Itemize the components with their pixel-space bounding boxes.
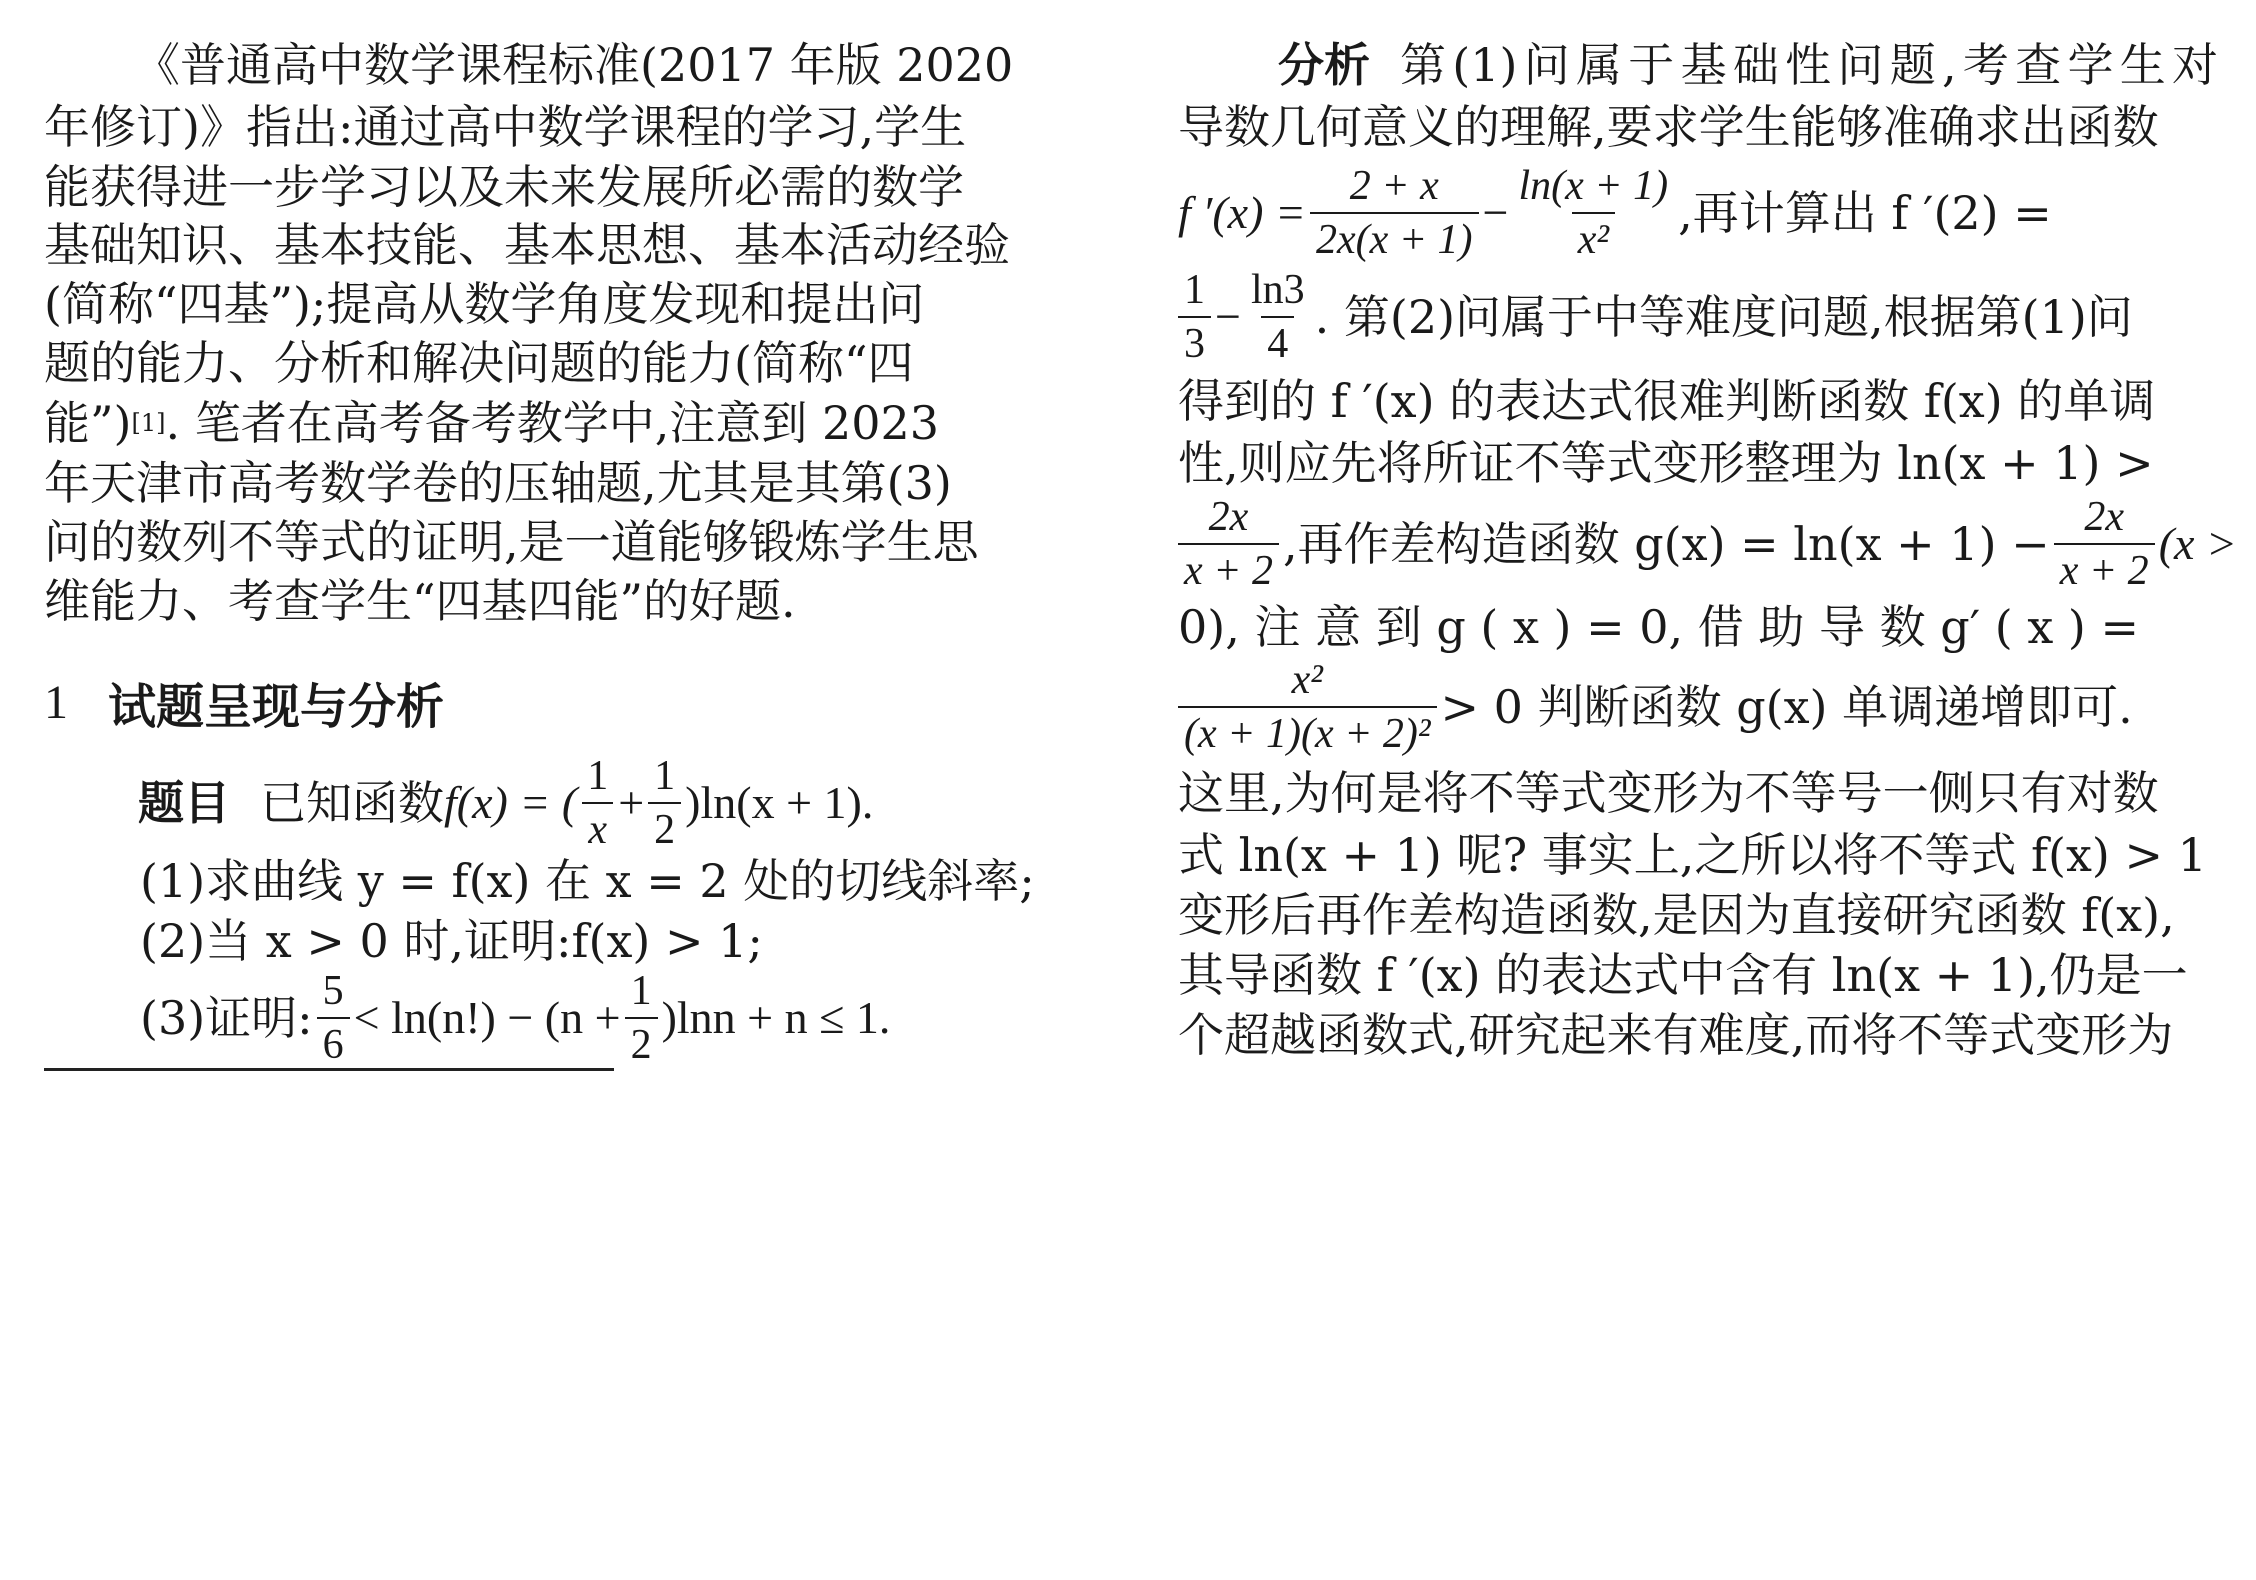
minus-sign: − [1215,294,1241,340]
section-heading: 1 试题呈现与分析 [44,668,444,737]
intro-line-8: 年天津市高考数学卷的压轴题,尤其是其第(3) [44,460,1084,506]
intro-line-7-rest: . 笔者在高考备考教学中,注意到 2023 [165,400,1084,446]
question-3-prefix: (3)证明: [140,995,313,1041]
analysis-line-2: 导数几何意义的理解,要求学生能够准确求出函数 [1178,104,2218,150]
analysis-line-5: 得到的 f ′(x) 的表达式很难判断函数 f(x) 的单调 [1178,378,2218,424]
problem-fx: f(x) = ( [444,780,577,826]
analysis-line-11: 式 ln(x + 1) 呢? 事实上,之所以将不等式 f(x) > 1 [1178,832,2218,878]
intro-line-6: 题的能力、分析和解决问题的能力(简称“四 [44,340,1084,386]
derivative-tail: ,再计算出 f ′(2) = [1678,190,2052,236]
intro-line-3: 能获得进一步学习以及未来发展所必需的数学 [44,164,1084,210]
intro-line-4: 基础知识、基本技能、基本思想、基本活动经验 [44,222,1084,268]
slope-frac-1: 1 3 [1178,268,1211,366]
analysis-line-14: 个超越函数式,研究起来有难度,而将不等式变形为 [1178,1012,2218,1058]
derivative-frac-2: ln(x + 1) x² [1513,164,1675,262]
analysis-line-7: 2x x + 2 ,再作差构造函数 g(x) = ln(x + 1) − 2x … [1178,498,2218,590]
derivative-lhs: f ′(x) = [1178,190,1306,236]
intro-line-1: 《普通高中数学课程标准(2017 年版 2020 [134,42,1084,88]
intro-line-10: 维能力、考查学生“四基四能”的好题. [44,578,1084,624]
intro-line-9: 问的数列不等式的证明,是一道能够锻炼学生思 [44,519,1084,565]
analysis-line-1-text: 第(1)问属于基础性问题,考查学生对 [1400,42,2218,88]
g-frac-1: 2x x + 2 [1178,495,1279,593]
derivative-frac-1: 2 + x 2x(x + 1) [1310,164,1479,262]
section-number: 1 [44,675,68,730]
analysis-line-3: f ′(x) = 2 + x 2x(x + 1) − ln(x + 1) x² … [1178,168,2218,258]
analysis-line-6: 性,则应先将所证不等式变形整理为 ln(x + 1) > [1178,440,2218,486]
problem-label: 题目 [138,780,230,826]
question-1: (1)求曲线 y = f(x) 在 x = 2 处的切线斜率; [140,858,1035,904]
problem-frac-2: 1 2 [648,754,681,852]
g-prime-frac: x² (x + 1)(x + 2)² [1178,658,1437,756]
section-title: 试题呈现与分析 [108,668,444,737]
intro-line-2: 年修订)》指出:通过高中数学课程的学习,学生 [44,104,1084,150]
analysis-line-8: 0), 注 意 到 g ( x ) = 0, 借 助 导 数 g′ ( x ) … [1178,604,2218,650]
footnote-divider [44,1068,614,1071]
problem-statement: 题目 已知函数 f(x) = ( 1 x + 1 2 )ln(x + 1). [138,758,873,848]
slope-frac-2: ln3 4 [1245,268,1311,366]
problem-plus: + [618,780,644,826]
problem-frac-1: 1 x [581,754,614,852]
analysis-line-4: 1 3 − ln3 4 . 第(2)问属于中等难度问题,根据第(1)问 [1178,272,2218,362]
intro-line-7: 能”) [1] . 笔者在高考备考教学中,注意到 2023 [44,400,1084,446]
analysis-line-1: 分析 第(1)问属于基础性问题,考查学生对 [1278,42,2218,88]
question-3-frac-2: 1 2 [625,969,658,1067]
g-frac-2: 2x x + 2 [2054,495,2155,593]
analysis-line-12: 变形后再作差构造函数,是因为直接研究函数 f(x), [1178,892,2218,938]
analysis-line-7-tail: (x > [2159,521,2237,567]
analysis-line-10: 这里,为何是将不等式变形为不等号一侧只有对数 [1178,770,2218,816]
question-3: (3)证明: 5 6 < ln(n!) − (n + 1 2 )lnn + n … [140,970,890,1066]
question-3-frac-1: 5 6 [317,969,350,1067]
minus-sign: − [1483,190,1509,236]
analysis-line-7-mid: ,再作差构造函数 g(x) = ln(x + 1) − [1283,521,2050,567]
analysis-line-4-text: . 第(2)问属于中等难度问题,根据第(1)问 [1315,294,2133,340]
analysis-label: 分析 [1278,42,1370,88]
problem-tail: )ln(x + 1). [685,780,873,826]
analysis-line-13: 其导函数 f ′(x) 的表达式中含有 ln(x + 1),仍是一 [1178,952,2218,998]
analysis-line-9-text: > 0 判断函数 g(x) 单调递增即可. [1441,684,2133,730]
analysis-line-9: x² (x + 1)(x + 2)² > 0 判断函数 g(x) 单调递增即可. [1178,660,2218,754]
question-2: (2)当 x > 0 时,证明:f(x) > 1; [140,918,763,964]
intro-line-5: (简称“四基”);提高从数学角度发现和提出问 [44,281,1084,327]
question-3-mid: < ln(n!) − (n + [354,995,621,1041]
problem-intro: 已知函数 [260,780,444,826]
citation-ref[interactable]: [1] [131,411,165,435]
intro-line-7-start: 能”) [44,400,131,446]
question-3-tail: )lnn + n ≤ 1. [662,995,891,1041]
